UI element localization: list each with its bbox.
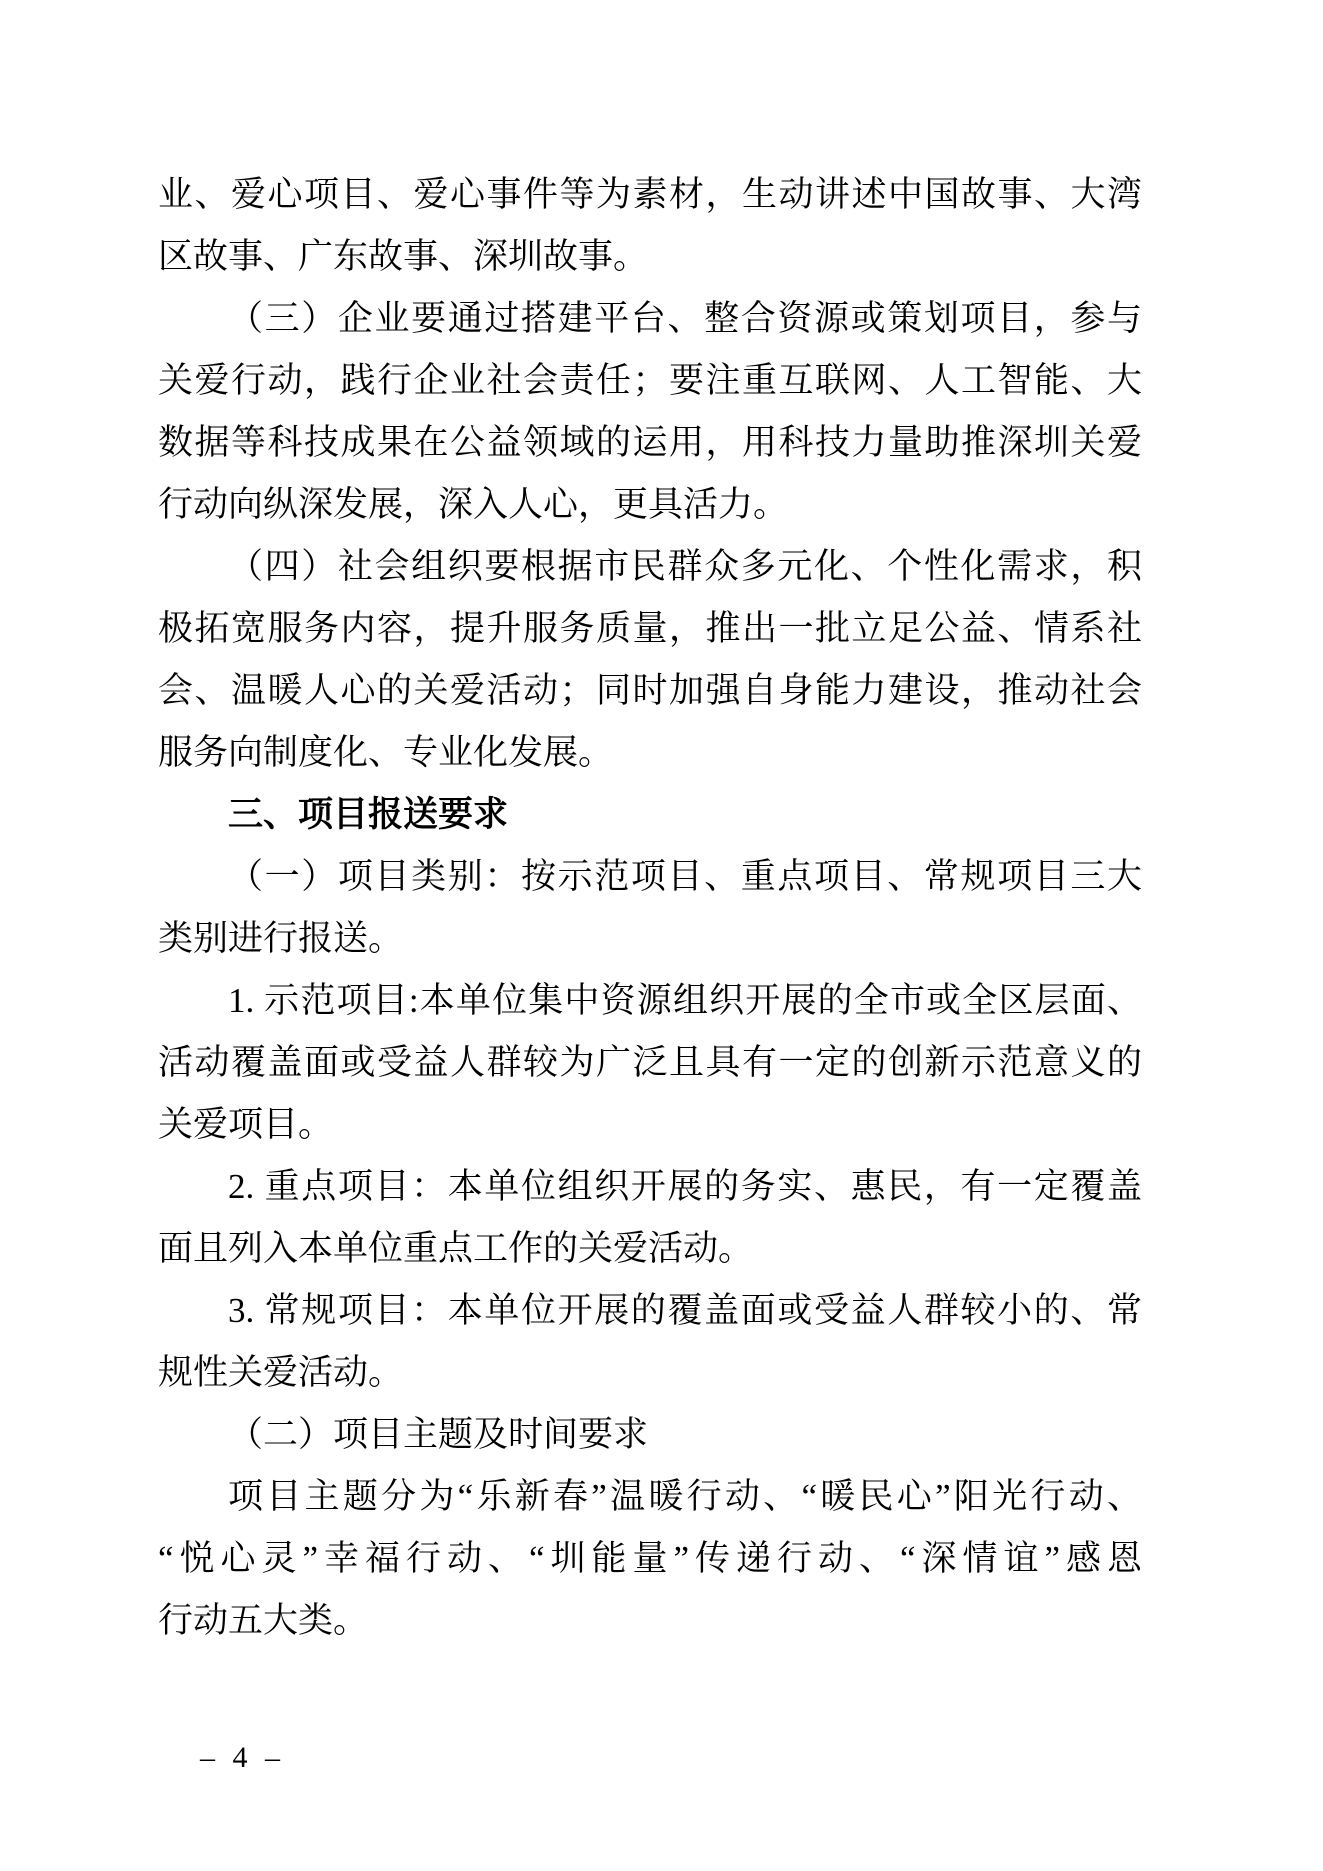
document-line: 数据等科技成果在公益领域的运用，用科技力量助推深圳关爱 bbox=[158, 412, 1142, 474]
document-line: 类别进行报送。 bbox=[158, 908, 1142, 970]
document-line: 关爱行动，践行企业社会责任；要注重互联网、人工智能、大 bbox=[158, 350, 1142, 412]
document-line: 1. 示范项目:本单位集中资源组织开展的全市或全区层面、 bbox=[158, 970, 1142, 1032]
document-line: （一）项目类别：按示范项目、重点项目、常规项目三大 bbox=[158, 846, 1142, 908]
document-line: 极拓宽服务内容，提升服务质量，推出一批立足公益、情系社 bbox=[158, 598, 1142, 660]
document-line: “悦心灵”幸福行动、“圳能量”传递行动、“深情谊”感恩 bbox=[158, 1528, 1142, 1590]
document-line: 面且列入本单位重点工作的关爱活动。 bbox=[158, 1218, 1142, 1280]
document-line: 会、温暖人心的关爱活动；同时加强自身能力建设，推动社会 bbox=[158, 660, 1142, 722]
document-line: 行动五大类。 bbox=[158, 1590, 1142, 1652]
section-heading: 三、项目报送要求 bbox=[158, 784, 1142, 846]
document-line: 3. 常规项目：本单位开展的覆盖面或受益人群较小的、常 bbox=[158, 1280, 1142, 1342]
document-line: 活动覆盖面或受益人群较为广泛且具有一定的创新示范意义的 bbox=[158, 1032, 1142, 1094]
document-line: （三）企业要通过搭建平台、整合资源或策划项目，参与 bbox=[158, 288, 1142, 350]
document-body: 业、爱心项目、爱心事件等为素材，生动讲述中国故事、大湾区故事、广东故事、深圳故事… bbox=[158, 164, 1142, 1652]
document-page: 业、爱心项目、爱心事件等为素材，生动讲述中国故事、大湾区故事、广东故事、深圳故事… bbox=[0, 0, 1323, 1871]
document-line: 行动向纵深发展，深入人心，更具活力。 bbox=[158, 474, 1142, 536]
document-line: （二）项目主题及时间要求 bbox=[158, 1404, 1142, 1466]
page-number: – 4 – bbox=[200, 1741, 285, 1775]
document-line: 服务向制度化、专业化发展。 bbox=[158, 722, 1142, 784]
document-line: 区故事、广东故事、深圳故事。 bbox=[158, 226, 1142, 288]
document-line: 2. 重点项目：本单位组织开展的务实、惠民，有一定覆盖 bbox=[158, 1156, 1142, 1218]
document-line: 项目主题分为“乐新春”温暖行动、“暖民心”阳光行动、 bbox=[158, 1466, 1142, 1528]
document-line: 关爱项目。 bbox=[158, 1094, 1142, 1156]
document-line: 业、爱心项目、爱心事件等为素材，生动讲述中国故事、大湾 bbox=[158, 164, 1142, 226]
document-line: 规性关爱活动。 bbox=[158, 1342, 1142, 1404]
document-line: （四）社会组织要根据市民群众多元化、个性化需求，积 bbox=[158, 536, 1142, 598]
